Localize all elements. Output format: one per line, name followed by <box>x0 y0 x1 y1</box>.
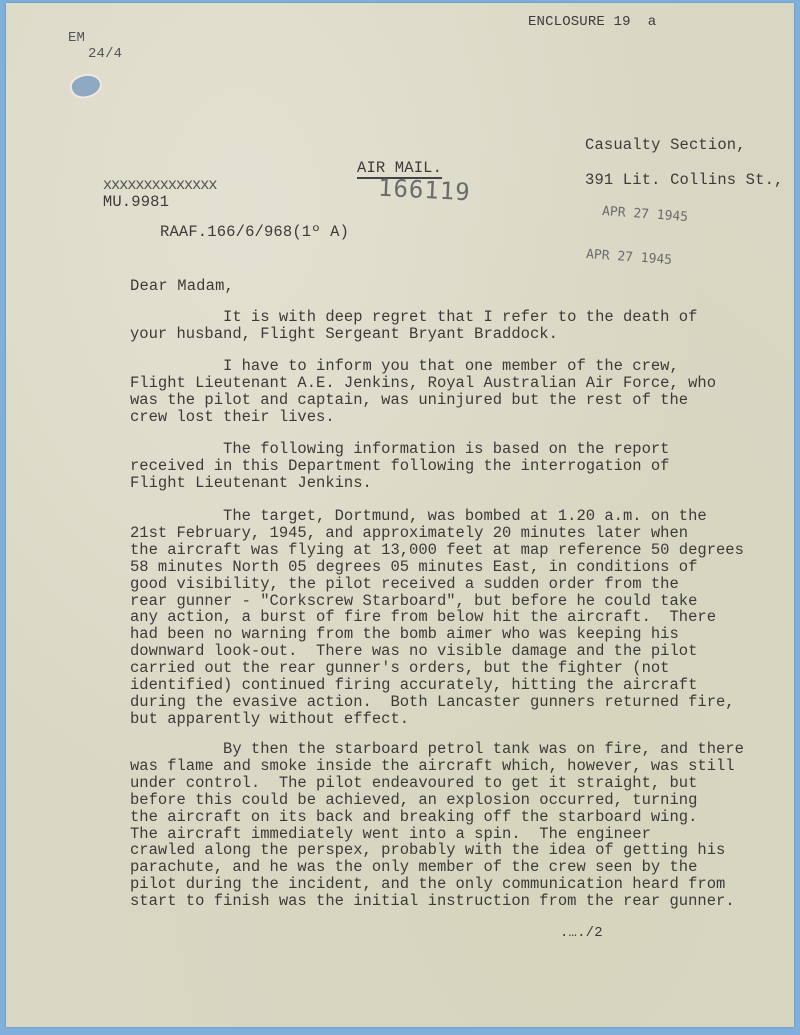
reference-number: MU.9981 <box>103 193 169 211</box>
page-continuation: .…./2 <box>560 925 603 942</box>
file-reference: RAAF.166/6/968(1º A) <box>160 224 349 241</box>
stamped-number: 166119 <box>377 174 471 207</box>
salutation: Dear Madam, <box>130 278 234 295</box>
paragraph-3: The following information is based on th… <box>130 441 790 492</box>
date-note: 24/4 <box>88 46 122 63</box>
sender-address-line-1: Casualty Section, <box>585 137 746 154</box>
paragraph-4: The target, Dortmund, was bombed at 1.20… <box>130 508 790 728</box>
punch-hole <box>70 72 103 100</box>
paragraph-1: It is with deep regret that I refer to t… <box>130 309 790 343</box>
reference-line: xxxxxxxxxxxxxx MU.9981 <box>84 160 216 211</box>
enclosure-label: ENCLOSURE 19 a <box>528 14 656 31</box>
sender-address-line-2: 391 Lit. Collins St., <box>585 172 783 189</box>
paragraph-5: By then the starboard petrol tank was on… <box>130 741 790 910</box>
redacted-reference: xxxxxxxxxxxxxx <box>103 176 216 194</box>
paragraph-2: I have to inform you that one member of … <box>130 358 790 426</box>
initials: EM <box>68 30 85 47</box>
